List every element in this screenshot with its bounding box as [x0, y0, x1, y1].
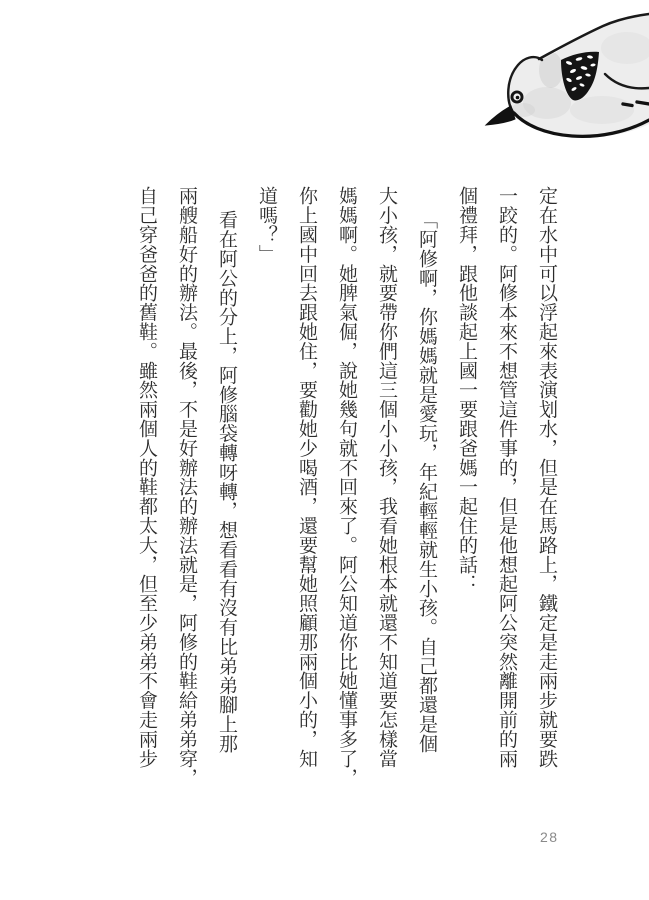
text-column-3: 個禮拜，跟他談起上國一要跟爸媽一起住的話：	[446, 186, 486, 826]
dove-bird-illustration	[477, 8, 649, 144]
text-column-11: 自己穿爸爸的舊鞋。雖然兩個人的鞋都太大，但至少弟弟不會走兩步	[126, 186, 166, 826]
text-column-7: 你上國中回去跟她住，要勸她少喝酒，還要幫她照顧那兩個小的，知	[286, 186, 326, 826]
bird-shading	[570, 96, 634, 124]
text-column-2: 一跤的。阿修本來不想管這件事的，但是他想起阿公突然離開前的兩	[486, 186, 526, 826]
text-column-4: 「阿修啊，你媽媽就是愛玩，年紀輕輕就生小孩。自己都還是個	[406, 186, 446, 826]
bird-eye-pupil	[516, 96, 520, 100]
text-column-6: 媽媽啊。她脾氣倔，說她幾句就不回來了。阿公知道你比她懂事多了，	[326, 186, 366, 826]
text-column-9: 看在阿公的分上，阿修腦袋轉呀轉，想看看有沒有比弟弟腳上那	[206, 186, 246, 826]
text-column-5: 大小孩，就要帶你們這三個小小孩，我看她根本就還不知道要怎樣當	[366, 186, 406, 826]
story-text: 定在水中可以浮起來表演划水，但是在馬路上，鐵定是走兩步就要跌 一跤的。阿修本來不…	[126, 186, 566, 826]
text-column-10: 兩艘船好的辦法。最後，不是好辦法的辦法就是，阿修的鞋給弟弟穿，	[166, 186, 206, 826]
text-column-1: 定在水中可以浮起來表演划水，但是在馬路上，鐵定是走兩步就要跌	[526, 186, 566, 826]
bird-beak	[486, 106, 515, 125]
book-page: 定在水中可以浮起來表演划水，但是在馬路上，鐵定是走兩步就要跌 一跤的。阿修本來不…	[0, 0, 649, 900]
page-number: 28	[540, 829, 559, 845]
text-column-8: 道嗎？」	[246, 186, 286, 826]
